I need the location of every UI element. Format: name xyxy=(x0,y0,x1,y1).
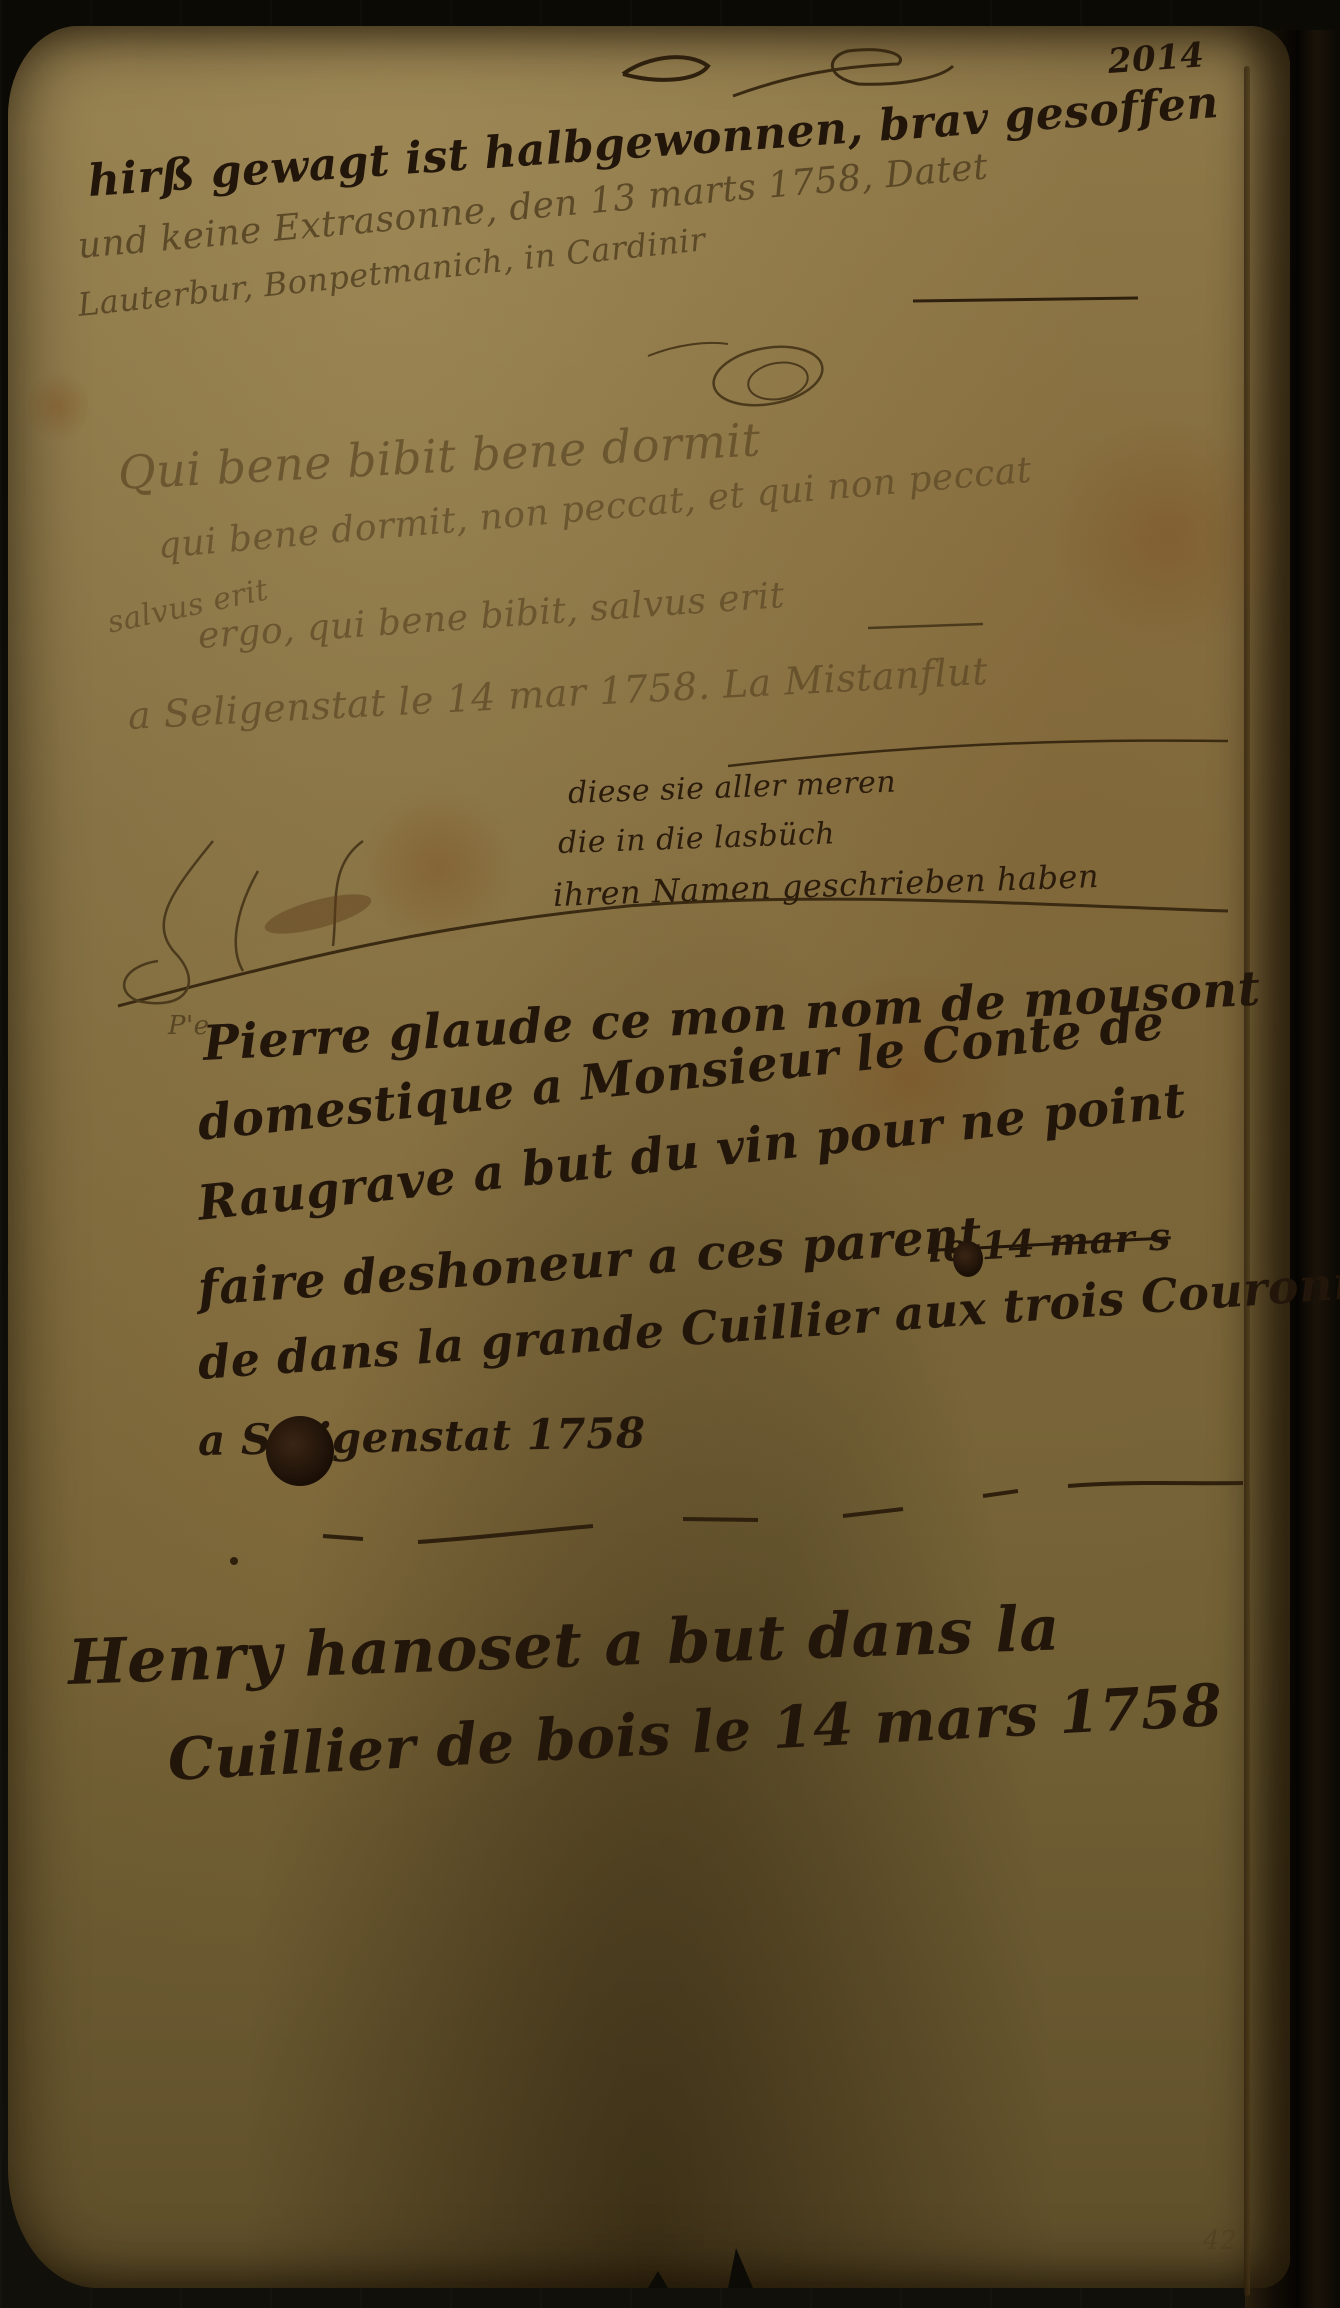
page-tear xyxy=(8,26,1290,2288)
manuscript-page: 2014 hirß gewagt ist halbgewonnen, brav … xyxy=(8,26,1290,2288)
